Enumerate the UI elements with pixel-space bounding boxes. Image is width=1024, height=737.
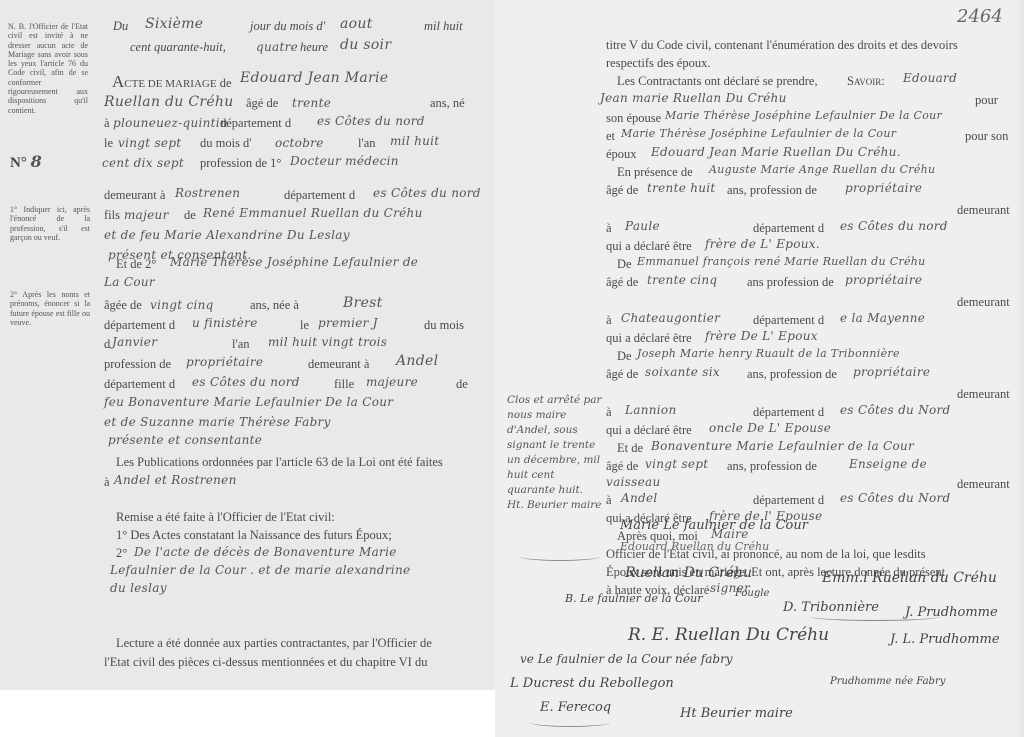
groom-father: René Emmanuel Ruellan du Créhu xyxy=(203,206,423,220)
label-du-mois-2: du mois xyxy=(424,318,464,333)
label-departement: département d xyxy=(220,116,291,131)
lecture-text-2: l'Etat civil des pièces ci-dessus mentio… xyxy=(104,655,427,670)
bride-name-a: Marie Thérèse Joséphine Lefaulnier De la… xyxy=(665,109,942,122)
folio-number: 2464 xyxy=(957,6,1003,27)
text-du: Du xyxy=(113,19,128,34)
witness-1-name: Auguste Marie Ange Ruellan du Créhu xyxy=(709,163,935,176)
witness-2-demeurant: demeurant xyxy=(957,295,1010,310)
label-profession: profession de 1° xyxy=(200,156,281,171)
witness-3-dept-label: département d xyxy=(753,405,824,420)
witness-2-age-label: âgé de xyxy=(606,275,638,290)
text-year: cent quarante-huit, xyxy=(130,40,226,55)
witness-2-prof-label: ans profession de xyxy=(747,275,834,290)
witness-4-prof-label: ans, profession de xyxy=(727,459,817,474)
witness-4-demeurant: demeurant xyxy=(957,477,1010,492)
bride-birth-dept: u finistère xyxy=(192,316,258,330)
witness-3-residence: Lannion xyxy=(625,403,676,417)
signature-prudhomme-nee-fabry: Prudhomme née Fabry xyxy=(830,676,945,687)
label-demeurant: demeurant à xyxy=(104,188,165,203)
text-jour-du-mois: jour du mois d' xyxy=(250,19,325,34)
witness-3-name: Joseph Marie henry Ruault de la Tribonni… xyxy=(637,347,900,360)
witness-2-residence: Chateaugontier xyxy=(621,311,720,325)
signature-witness-2: Emm.l Ruellan du Créhu xyxy=(822,570,997,586)
label-lan-2: l'an xyxy=(232,337,250,352)
witness-4-profession-2: vaisseau xyxy=(606,475,660,489)
witness-4-residence: Andel xyxy=(621,491,658,505)
bride-birthplace: Brest xyxy=(343,295,383,311)
groom-birth-dept: es Côtes du nord xyxy=(317,114,425,128)
label-a-pub: à xyxy=(104,475,110,490)
left-page: N. B. l'Officier de l'Etat civil est inv… xyxy=(0,0,495,690)
witness-3-profession: propriétaire xyxy=(853,365,930,379)
bride-birth-month: Janvier xyxy=(112,335,157,349)
label-le: le xyxy=(104,136,113,151)
groom-age: trente xyxy=(292,96,331,110)
groom-name-2: Ruellan du Créhu xyxy=(104,94,234,110)
groom-status: majeur xyxy=(124,208,169,222)
groom-profession: Docteur médecin xyxy=(290,154,399,168)
side-note-2: 2° Après les noms et prénoms, énoncer si… xyxy=(10,290,90,327)
label-ans-ne: ans, né xyxy=(430,96,465,111)
signature-mayor: Ht Beurier maire xyxy=(680,706,793,721)
witness-1-relation: frère de L' Epoux. xyxy=(705,237,820,251)
bride-mother: et de Suzanne marie Thérèse Fabry xyxy=(104,415,331,429)
right-line-3: Les Contractants ont déclaré se prendre, xyxy=(617,74,818,89)
witness-1-age: trente huit xyxy=(647,181,716,195)
label-et: et xyxy=(606,129,615,144)
witness-4-dept: es Côtes du Nord xyxy=(840,491,951,505)
witness-1-demeurant: demeurant xyxy=(957,203,1010,218)
label-pour: pour xyxy=(975,93,998,108)
remise-item-2b: Lefaulnier de la Cour . et de marie alex… xyxy=(110,563,410,577)
groom-name-c: Edouard Jean Marie Ruellan Du Créhu. xyxy=(651,145,901,159)
witness-2-profession: propriétaire xyxy=(845,273,922,287)
groom-birth-day: vingt sept xyxy=(118,136,181,150)
signature-bride: Marie Le faulnier de la Cour xyxy=(620,518,808,533)
witness-4-name: Bonaventure Marie Lefaulnier de la Cour xyxy=(651,439,914,453)
label-agee-de: âgée de xyxy=(104,298,142,313)
signature-groom-father: R. E. Ruellan Du Créhu xyxy=(628,625,829,645)
witness-2-name: Emmanuel françois rené Marie Ruellan du … xyxy=(637,255,926,268)
flourish xyxy=(520,552,600,561)
witness-1-a: à xyxy=(606,221,612,236)
witness-2-declare-label: qui a déclaré être xyxy=(606,331,692,346)
flourish xyxy=(530,718,610,727)
handwritten-month: aout xyxy=(340,16,373,32)
label-d: d xyxy=(104,337,110,352)
handwritten-day: Sixième xyxy=(145,16,203,32)
bride-name-1: Marie Thérèse Joséphine Lefaulnier de xyxy=(170,255,418,269)
label-ans-nee: ans, née à xyxy=(250,298,299,313)
signature-ferecoq: E. Ferecoq xyxy=(540,700,611,715)
witness-3-dept: es Côtes du Nord xyxy=(840,403,951,417)
signature-bride-mother: ve Le faulnier de la Cour née fabry xyxy=(520,652,733,666)
groom-name-b: Jean marie Ruellan Du Créhu xyxy=(600,91,787,105)
bride-residence-dept: es Côtes du nord xyxy=(192,375,300,389)
signature-witness-4: B. Le faulnier de la Cour xyxy=(565,592,703,605)
label-le-2: le xyxy=(300,318,309,333)
witness-3-demeurant: demeurant xyxy=(957,387,1010,402)
witness-2-age: trente cinq xyxy=(647,273,717,287)
label-profession-2: profession de xyxy=(104,357,171,372)
remise-text: Remise a été faite à l'Officier de l'Eta… xyxy=(116,510,335,525)
label-et-de: Et de 2° xyxy=(116,257,156,272)
publication-places: Andel et Rostrenen xyxy=(114,473,237,487)
label-departement-4: département d xyxy=(104,377,175,392)
nb-side-note: N. B. l'Officier de l'Etat civil est inv… xyxy=(8,22,88,115)
record-number-value: 8 xyxy=(31,152,42,171)
witness-3-de: De xyxy=(617,349,632,364)
witness-4-a: à xyxy=(606,493,612,508)
witness-3-declare-label: qui a déclaré être xyxy=(606,423,692,438)
flourish xyxy=(810,612,940,621)
groom-residence: Rostrenen xyxy=(175,186,240,200)
publications-text: Les Publications ordonnées par l'article… xyxy=(116,455,443,470)
witness-4-profession-1: Enseigne de xyxy=(849,457,927,471)
acte-heading: ACTE DE MARIAGE de xyxy=(112,72,232,92)
label-savoir: Savoir: xyxy=(847,74,885,89)
witness-4-age: vingt sept xyxy=(645,457,708,471)
handwritten-time-of-day: du soir xyxy=(340,37,391,53)
witness-1-prof-label: ans, profession de xyxy=(727,183,817,198)
witness-2-a: à xyxy=(606,313,612,328)
witness-2-relation: frère De L' Epoux xyxy=(705,329,818,343)
label-de-2: de xyxy=(456,377,468,392)
bride-age: vingt cinq xyxy=(150,298,214,312)
groom-name-1: Edouard Jean Marie xyxy=(240,70,388,86)
right-line-2: respectifs des époux. xyxy=(606,56,710,71)
witness-1-declare-label: qui a déclaré être xyxy=(606,239,692,254)
witness-2-de: De xyxy=(617,257,632,272)
handwritten-hour: quatre xyxy=(256,40,298,54)
groom-residence-dept: es Côtes du nord xyxy=(373,186,481,200)
right-line-1: titre V du Code civil, contenant l'énumé… xyxy=(606,38,958,53)
witness-1-profession: propriétaire xyxy=(845,181,922,195)
witness-4-age-label: âgé de xyxy=(606,459,638,474)
label-a: à xyxy=(104,116,110,131)
witness-1-residence: Paule xyxy=(625,219,660,233)
bride-birth-day: premier J xyxy=(318,316,378,330)
witness-2-dept: e la Mayenne xyxy=(840,311,925,325)
label-epoux: époux xyxy=(606,147,637,162)
text-heure: heure xyxy=(300,40,328,55)
witness-4-dept-label: département d xyxy=(753,493,824,508)
label-son-epouse: son épouse xyxy=(606,111,661,126)
witness-1-dept: es Côtes du nord xyxy=(840,219,948,233)
signature-witness-1: Ruellan Du Créhu xyxy=(625,565,752,581)
label-departement-2: département d xyxy=(284,188,355,203)
bride-birth-year: mil huit vingt trois xyxy=(268,335,387,349)
side-note-1: 1° Indiquer ici, après l'énoncé de la pr… xyxy=(10,205,90,242)
groom-mother: et de feu Marie Alexandrine Du Leslay xyxy=(104,228,350,242)
margin-closing-note: Clos et arrêté par nous maire d'Andel, s… xyxy=(507,393,602,513)
label-lan: l'an xyxy=(358,136,376,151)
signature-ducrest: L Ducrest du Rebollegon xyxy=(510,676,674,691)
groom-birth-year-1: mil huit xyxy=(390,134,439,148)
remise-item-1: 1° Des Actes constatant la Naissance des… xyxy=(116,528,392,543)
witness-3-relation: oncle De L' Epouse xyxy=(709,421,831,435)
label-de: de xyxy=(184,208,196,223)
bride-father: feu Bonaventure Marie Lefaulnier De la C… xyxy=(104,395,393,409)
bride-consent: présente et consentante xyxy=(108,433,262,447)
label-demeurant-2: demeurant à xyxy=(308,357,369,372)
bride-profession: propriétaire xyxy=(186,355,263,369)
witness-1-age-label: âgé de xyxy=(606,183,638,198)
witness-1-dept-label: département d xyxy=(753,221,824,236)
record-number: N° 8 xyxy=(10,152,42,172)
text-mil-huit: mil huit xyxy=(424,19,463,34)
signature-jl-prudhomme: J. L. Prudhomme xyxy=(890,632,1000,647)
remise-item-2-label: 2° xyxy=(116,546,127,561)
groom-birth-year-2: cent dix sept xyxy=(102,156,184,170)
remise-item-2c: du leslay xyxy=(110,581,167,595)
groom-name-a: Edouard xyxy=(903,71,957,85)
label-du-mois: du mois d' xyxy=(200,136,252,151)
record-number-label: N° xyxy=(10,155,27,171)
label-en-presence: En présence de xyxy=(617,165,693,180)
bride-name-2: La Cour xyxy=(104,275,155,289)
bride-status: majeure xyxy=(366,375,418,389)
witness-3-prof-label: ans, profession de xyxy=(747,367,837,382)
label-age: âgé de xyxy=(246,96,278,111)
lecture-text-1: Lecture a été donnée aux parties contrac… xyxy=(116,636,432,651)
groom-birthplace: plouneuez-quintin xyxy=(113,116,228,130)
label-fille: fille xyxy=(334,377,354,392)
groom-birth-month: octobre xyxy=(275,136,324,150)
signature-fougle: Fougle xyxy=(735,588,769,599)
label-fils: fils xyxy=(104,208,120,223)
witness-3-age: soixante six xyxy=(645,365,720,379)
signature-groom: Edouard Ruellan du Créhu xyxy=(620,540,769,553)
witness-3-age-label: âgé de xyxy=(606,367,638,382)
remise-item-2a: De l'acte de décès de Bonaventure Marie xyxy=(134,545,397,559)
witness-2-dept-label: département d xyxy=(753,313,824,328)
label-departement-3: département d xyxy=(104,318,175,333)
bride-residence: Andel xyxy=(396,353,438,369)
bride-name-b: Marie Thérèse Joséphine Lefaulnier de la… xyxy=(621,127,896,140)
witness-4-et-de: Et de xyxy=(617,441,643,456)
witness-3-a: à xyxy=(606,405,612,420)
label-pour-son: pour son xyxy=(965,129,1008,144)
